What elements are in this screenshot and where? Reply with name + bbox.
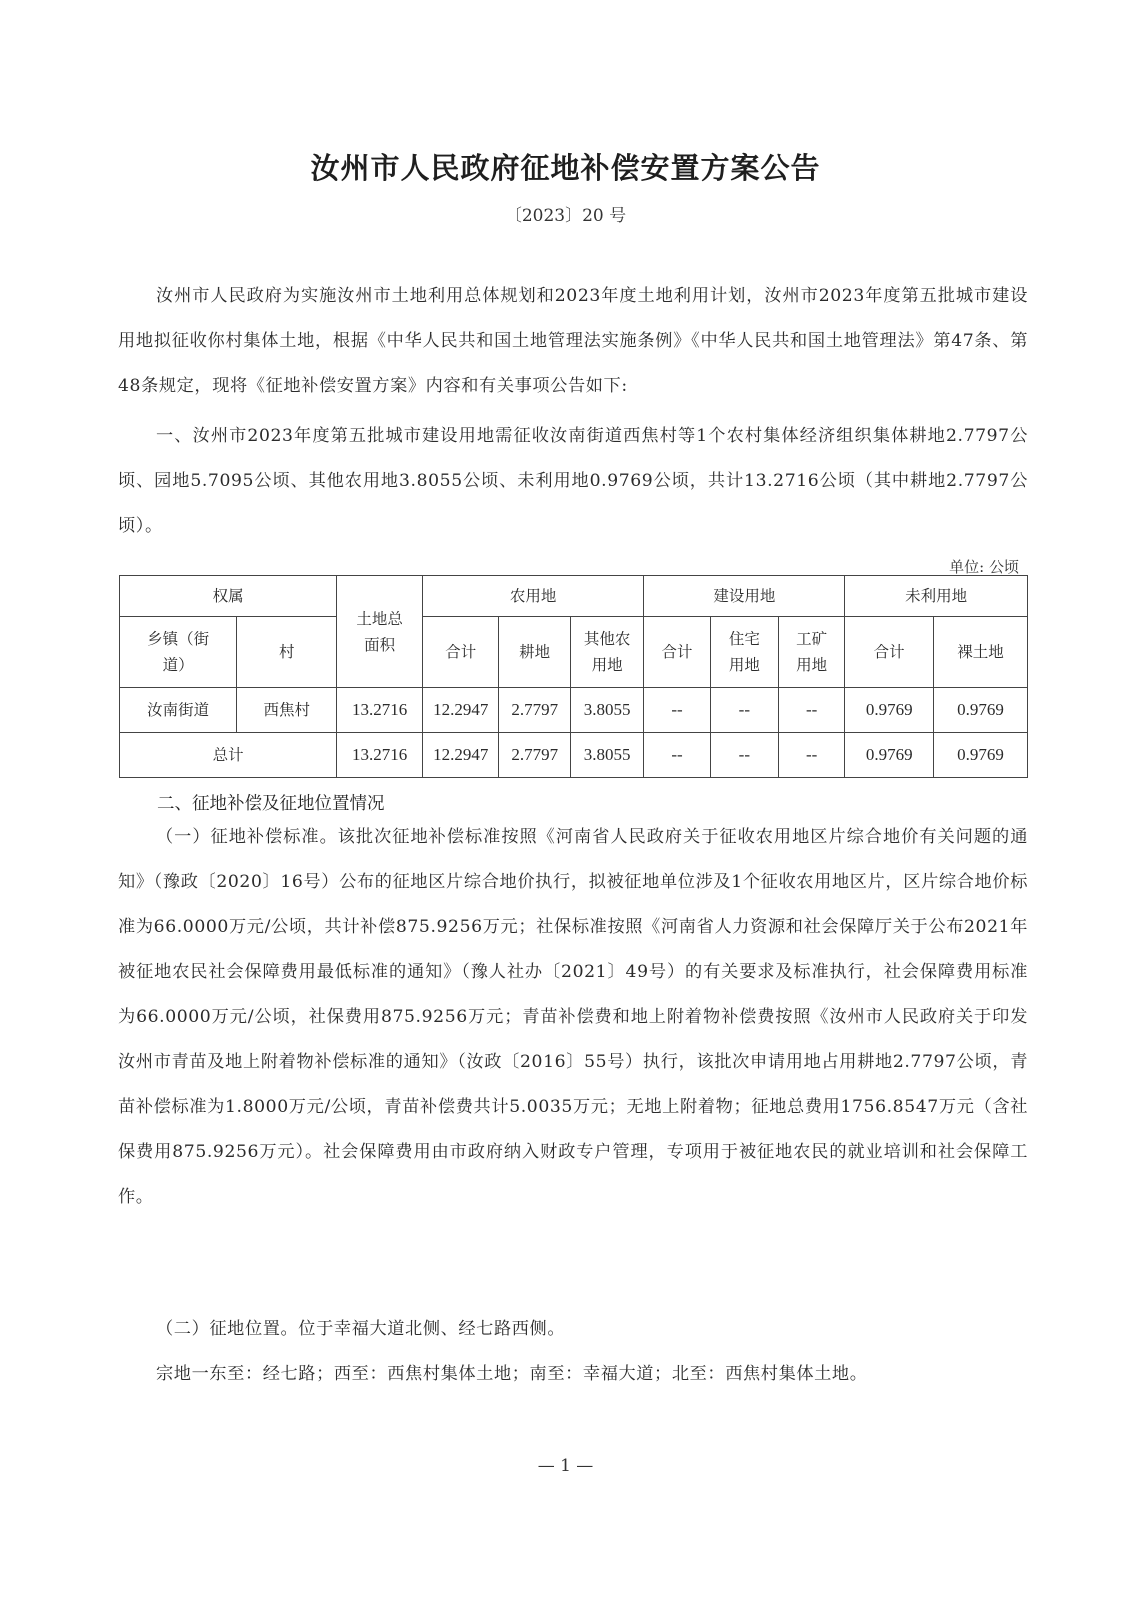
table-header-row-2: 乡镇（街道） 村 合计 耕地 其他农用地 合计 住宅用地 工矿用地 合计 裸土地: [120, 617, 1028, 688]
subheader-cons-industrial: 工矿用地: [779, 617, 845, 688]
cell-cons-residential: --: [710, 688, 778, 733]
parcel-boundary-paragraph: 宗地一东至：经七路；西至：西焦村集体土地；南至：幸福大道；北至：西焦村集体土地。: [118, 1352, 1028, 1397]
cell-total-unused-bare: 0.9769: [934, 733, 1028, 778]
section2-2-paragraph: （二）征地位置。位于幸福大道北侧、经七路西侧。: [118, 1307, 1028, 1352]
cell-cons-industrial: --: [779, 688, 845, 733]
cell-unused-total: 0.9769: [845, 688, 934, 733]
section2-1-paragraph: （一）征地补偿标准。该批次征地补偿标准按照《河南省人民政府关于征收农用地区片综合…: [118, 815, 1028, 1220]
subheader-township: 乡镇（街道）: [120, 617, 237, 688]
header-total-area-label: 土地总面积: [356, 610, 403, 654]
subheader-cons-total: 合计: [644, 617, 710, 688]
cell-total-cons-total: --: [644, 733, 710, 778]
cell-total-agri-other: 3.8055: [570, 733, 643, 778]
subheader-unused-bare: 裸土地: [934, 617, 1028, 688]
cell-agri-other: 3.8055: [570, 688, 643, 733]
intro-paragraph: 汝州市人民政府为实施汝州市土地利用总体规划和2023年度土地利用计划，汝州市20…: [118, 274, 1028, 409]
page-number: — 1 —: [0, 1456, 1131, 1476]
header-total-area: 土地总面积: [337, 576, 423, 688]
cell-township: 汝南街道: [120, 688, 237, 733]
subheader-village: 村: [237, 617, 337, 688]
header-unused: 未利用地: [845, 576, 1028, 617]
cell-total-label: 总计: [120, 733, 337, 778]
cell-cons-total: --: [644, 688, 710, 733]
document-title: 汝州市人民政府征地补偿安置方案公告: [0, 146, 1131, 187]
table-header-row-1: 权属 土地总面积 农用地 建设用地 未利用地: [120, 576, 1028, 617]
table-row: 汝南街道 西焦村 13.2716 12.2947 2.7797 3.8055 -…: [120, 688, 1028, 733]
cell-agri-total: 12.2947: [422, 688, 499, 733]
land-acquisition-table: 权属 土地总面积 农用地 建设用地 未利用地 乡镇（街道） 村 合计 耕地 其他…: [119, 575, 1028, 778]
header-ownership: 权属: [120, 576, 337, 617]
header-agricultural: 农用地: [422, 576, 643, 617]
cell-total-cons-industrial: --: [779, 733, 845, 778]
cell-total-unused-total: 0.9769: [845, 733, 934, 778]
subheader-agri-other: 其他农用地: [570, 617, 643, 688]
cell-village: 西焦村: [237, 688, 337, 733]
table-total-row: 总计 13.2716 12.2947 2.7797 3.8055 -- -- -…: [120, 733, 1028, 778]
document-number: 〔2023〕20 号: [0, 201, 1131, 226]
cell-total-agri-total: 12.2947: [422, 733, 499, 778]
cell-agri-cultivated: 2.7797: [499, 688, 570, 733]
section2-heading: 二、征地补偿及征地位置情况: [157, 790, 385, 815]
cell-total-agri-cultivated: 2.7797: [499, 733, 570, 778]
cell-unused-bare: 0.9769: [934, 688, 1028, 733]
subheader-agri-total: 合计: [422, 617, 499, 688]
document-page: 汝州市人民政府征地补偿安置方案公告 〔2023〕20 号 汝州市人民政府为实施汝…: [0, 0, 1131, 1600]
cell-total-total-area: 13.2716: [337, 733, 423, 778]
cell-total-area: 13.2716: [337, 688, 423, 733]
section1-paragraph: 一、汝州市2023年度第五批城市建设用地需征收汝南街道西焦村等1个农村集体经济组…: [118, 414, 1028, 549]
subheader-cons-residential: 住宅用地: [710, 617, 778, 688]
subheader-unused-total: 合计: [845, 617, 934, 688]
cell-total-cons-residential: --: [710, 733, 778, 778]
unit-label: 单位: 公顷: [949, 556, 1019, 577]
subheader-agri-cultivated: 耕地: [499, 617, 570, 688]
header-construction: 建设用地: [644, 576, 845, 617]
